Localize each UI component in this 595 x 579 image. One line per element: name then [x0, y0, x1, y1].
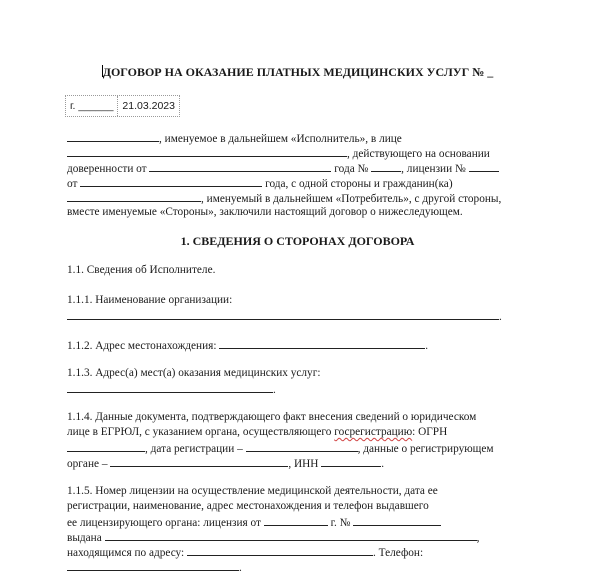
place-cell[interactable]: г. ______: [66, 96, 117, 116]
text: 1.1.2. Адрес местонахождения:: [67, 340, 216, 352]
service-address-field[interactable]: [67, 381, 273, 393]
text: , именуемое в дальнейшем «Исполнитель», …: [159, 133, 402, 145]
text: .: [425, 340, 428, 352]
text: , ИНН: [288, 458, 318, 470]
clause-1-1-1: 1.1.1. Наименование организации:: [67, 293, 232, 308]
section-1-title: 1. СВЕДЕНИЯ О СТОРОНАХ ДОГОВОРА: [0, 234, 595, 249]
registrar-field[interactable]: [110, 455, 288, 467]
spellcheck-word[interactable]: госрегистрацию: [334, 426, 412, 438]
clause-1-1-3: 1.1.3. Адрес(а) мест(а) оказания медицин…: [67, 366, 320, 381]
document-title-text: ДОГОВОР НА ОКАЗАНИЕ ПЛАТНЫХ МЕДИЦИНСКИХ …: [103, 65, 494, 79]
license-date-field[interactable]: [264, 514, 328, 526]
date-cell[interactable]: 21.03.2023: [117, 96, 179, 116]
text: года №: [334, 163, 368, 175]
issued-by-field[interactable]: [105, 529, 477, 541]
blank-field[interactable]: [67, 145, 347, 157]
text: .: [499, 311, 502, 323]
text: . Телефон:: [373, 547, 423, 559]
address-field[interactable]: [219, 337, 425, 349]
text: .: [239, 562, 242, 574]
clause-1-1-5-line-2: регистрации, наименование, адрес местона…: [67, 499, 429, 514]
text: органе –: [67, 458, 107, 470]
ogrn-field[interactable]: [67, 440, 145, 452]
text: ,: [477, 532, 480, 544]
clause-1-1-4-line-4: органе – , ИНН .: [67, 455, 384, 472]
text: , действующего на основании: [347, 148, 490, 160]
blank-field[interactable]: [67, 130, 159, 142]
place-date-table: г. ______ 21.03.2023: [65, 95, 180, 117]
clause-1-1-5-line-6: .: [67, 559, 242, 576]
text: , лицензии №: [401, 163, 466, 175]
text: от: [67, 178, 77, 190]
text: , дата регистрации –: [145, 443, 243, 455]
blank-field[interactable]: [469, 160, 499, 172]
clause-1-1: 1.1. Сведения об Исполнителе.: [67, 263, 215, 278]
blank-field[interactable]: [80, 175, 262, 187]
text: , именуемый в дальнейшем «Потребитель», …: [201, 193, 501, 205]
text: лице в ЕГРЮЛ, с указанием органа, осущес…: [67, 426, 331, 438]
text: ее лицензирующего органа: лицензия от: [67, 517, 261, 529]
text: выдана: [67, 532, 102, 544]
inn-field[interactable]: [321, 455, 381, 467]
clause-1-1-1-field: .: [67, 308, 502, 325]
text: , данные о регистрирующем: [358, 443, 494, 455]
phone-field[interactable]: [67, 559, 239, 571]
document-page[interactable]: ДОГОВОР НА ОКАЗАНИЕ ПЛАТНЫХ МЕДИЦИНСКИХ …: [0, 0, 595, 579]
clause-1-1-3-field: .: [67, 381, 276, 398]
text: находящимся по адресу:: [67, 547, 184, 559]
clause-1-1-4-line-1: 1.1.4. Данные документа, подтверждающего…: [67, 410, 476, 425]
document-title: ДОГОВОР НА ОКАЗАНИЕ ПЛАТНЫХ МЕДИЦИНСКИХ …: [0, 65, 595, 80]
text: г. №: [331, 517, 351, 529]
text: .: [381, 458, 384, 470]
clause-1-1-5-line-1: 1.1.5. Номер лицензии на осуществление м…: [67, 484, 438, 499]
licensor-address-field[interactable]: [187, 544, 373, 556]
text: : ОГРН: [412, 426, 447, 438]
blank-field[interactable]: [149, 160, 331, 172]
blank-field[interactable]: [67, 190, 201, 202]
clause-1-1-4-line-2: лице в ЕГРЮЛ, с указанием органа, осущес…: [67, 425, 447, 440]
text: .: [273, 384, 276, 396]
license-number-field[interactable]: [353, 514, 441, 526]
organization-name-field[interactable]: [67, 308, 499, 320]
text: доверенности от: [67, 163, 147, 175]
registration-date-field[interactable]: [246, 440, 358, 452]
blank-field[interactable]: [371, 160, 401, 172]
text: года, с одной стороны и гражданин(ка): [265, 178, 453, 190]
preamble-line-6: вместе именуемые «Стороны», заключили на…: [67, 205, 463, 220]
clause-1-1-2: 1.1.2. Адрес местонахождения: .: [67, 337, 428, 354]
